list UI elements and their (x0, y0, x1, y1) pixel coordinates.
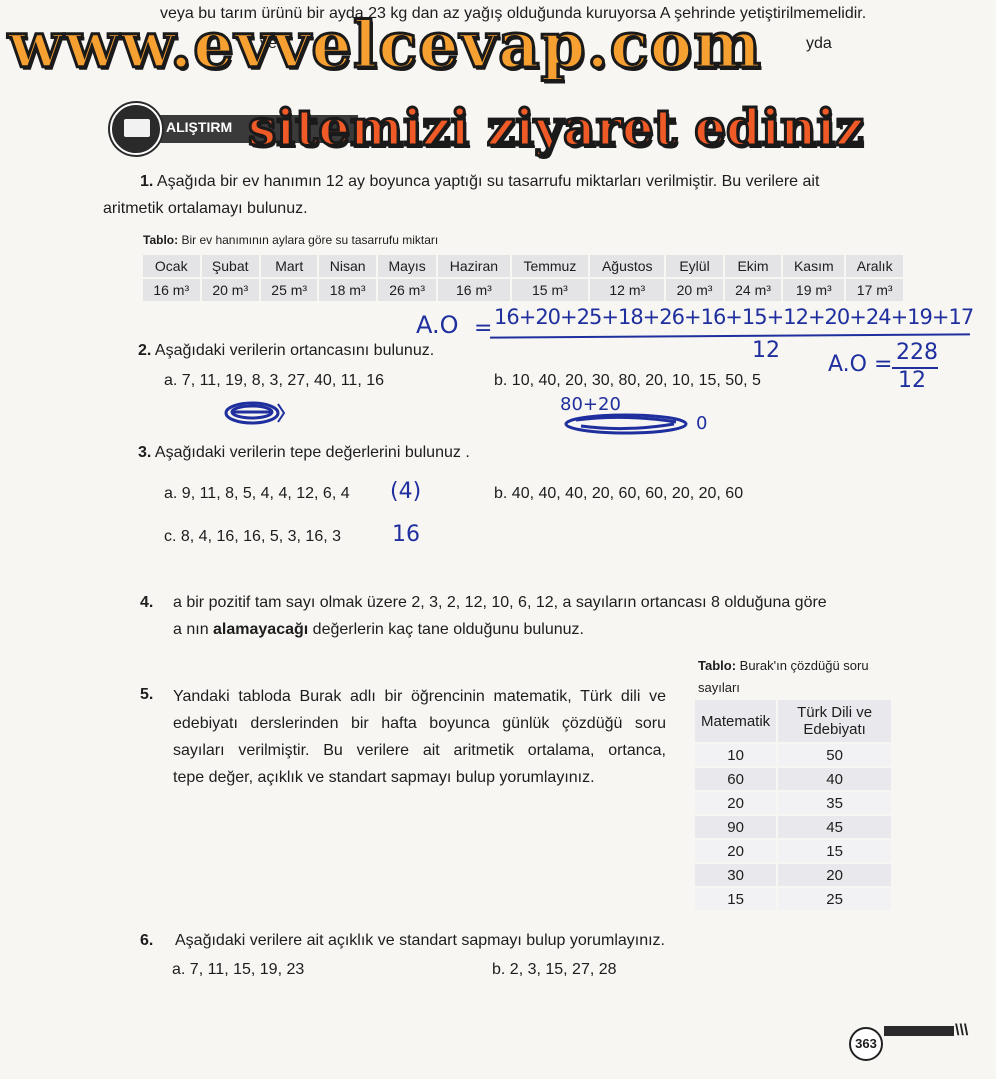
question-2: 2. Aşağıdaki verilerin ortancasını bulun… (138, 341, 434, 361)
math-count: 10 (695, 744, 776, 766)
question-4: 4. (140, 593, 153, 613)
month-header: Haziran (438, 255, 509, 277)
question-line: edebiyatı derslerinden bir hafta boyunca… (173, 710, 666, 737)
question-text: Aşağıdaki verilerin tepe değerlerini bul… (155, 444, 470, 461)
scribble-mark (220, 396, 290, 430)
banner-label: ALIŞTIRM (166, 119, 232, 135)
question-number: 1. (140, 173, 153, 190)
column-header: Matematik (695, 700, 776, 742)
question-line: tepe değer, açıklık ve standart sapmayı … (173, 764, 666, 791)
month-value: 25 m³ (261, 279, 318, 301)
month-value: 18 m³ (319, 279, 376, 301)
option-c: c. 8, 4, 16, 16, 5, 3, 16, 3 (164, 527, 341, 547)
caption-text: Burak'ın çözdüğü soru (736, 658, 869, 673)
handwriting-answer-c: 16 (392, 522, 420, 547)
option-a: a. 7, 11, 19, 8, 3, 27, 40, 11, 16 (164, 371, 384, 391)
table-row: 3020 (695, 864, 891, 886)
question-1: 1. Aşağıda bir ev hanımın 12 ay boyunca … (140, 172, 819, 192)
handwriting-result-label: A.O = (828, 352, 892, 377)
table-row: 9045 (695, 816, 891, 838)
handwriting-numerator: 16+20+25+18+26+16+15+12+20+24+19+17 (494, 305, 973, 329)
month-value: 20 m³ (666, 279, 723, 301)
math-count: 90 (695, 816, 776, 838)
math-count: 20 (695, 792, 776, 814)
question-text: Aşağıda bir ev hanımın 12 ay boyunca yap… (157, 173, 820, 190)
literature-count: 20 (778, 864, 891, 886)
month-header: Temmuz (512, 255, 589, 277)
month-value: 16 m³ (143, 279, 200, 301)
math-count: 15 (695, 888, 776, 910)
scribble-mark (556, 404, 716, 442)
table-row: 2035 (695, 792, 891, 814)
book-icon (124, 119, 150, 137)
math-count: 20 (695, 840, 776, 862)
month-header: Kasım (783, 255, 844, 277)
month-value: 20 m³ (202, 279, 259, 301)
text-part: a nın (173, 621, 213, 638)
table-caption: Tablo: Bir ev hanımının aylara göre su t… (143, 233, 438, 247)
question-number: 2. (138, 342, 151, 359)
question-line: sayıları verilmiştir. Bu verilere ait ar… (173, 737, 666, 764)
question-5-text: Yandaki tabloda Burak adlı bir öğrencini… (173, 683, 666, 791)
caption-label: Tablo: (698, 658, 736, 673)
literature-count: 35 (778, 792, 891, 814)
burak-questions-table: Matematik Türk Dili ve Edebiyatı 1050604… (693, 698, 893, 912)
question-text: Aşağıdaki verilere ait açıklık ve standa… (175, 931, 665, 951)
month-value: 15 m³ (512, 279, 589, 301)
page-number: 363 (849, 1027, 883, 1061)
question-6-number: 6. (140, 931, 153, 951)
handwriting-scribble-tail: 0 (696, 413, 707, 434)
month-value: 17 m³ (846, 279, 903, 301)
month-value: 19 m³ (783, 279, 844, 301)
page-number-slashes: \\\ (955, 1022, 968, 1040)
option-b: b. 10, 40, 20, 30, 80, 20, 10, 15, 50, 5 (494, 371, 761, 391)
month-value: 16 m³ (438, 279, 509, 301)
handwriting-answer-a: (4) (390, 479, 421, 504)
handwriting-result-denominator: 12 (898, 368, 926, 393)
question-3: 3. Aşağıdaki verilerin tepe değerlerini … (138, 443, 470, 463)
question-text: a nın alamayacağı değerlerin kaç tane ol… (173, 620, 584, 640)
watermark-url: www.evvelcevap.com (8, 8, 762, 83)
caption-label: Tablo: (143, 233, 178, 247)
banner-badge (110, 103, 162, 155)
option-a: a. 9, 11, 8, 5, 4, 4, 12, 6, 4 (164, 484, 350, 504)
question-number: 3. (138, 444, 151, 461)
question-line: Yandaki tabloda Burak adlı bir öğrencini… (173, 683, 666, 710)
option-b: b. 2, 3, 15, 27, 28 (492, 960, 617, 980)
month-header: Ağustos (590, 255, 664, 277)
month-header: Mart (261, 255, 318, 277)
question-number: 6. (140, 932, 153, 949)
question-text: Aşağıdaki verilerin ortancasını bulunuz. (155, 342, 434, 359)
month-header: Şubat (202, 255, 259, 277)
question-number: 5. (140, 686, 153, 703)
question-number: 4. (140, 594, 153, 611)
column-header: Türk Dili ve Edebiyatı (778, 700, 891, 742)
handwriting-denominator: 12 (752, 338, 780, 363)
table-row: 2015 (695, 840, 891, 862)
literature-count: 15 (778, 840, 891, 862)
handwriting-ao-label: A.O (416, 311, 459, 339)
option-a: a. 7, 11, 15, 19, 23 (172, 960, 304, 980)
literature-count: 50 (778, 744, 891, 766)
month-header: Ocak (143, 255, 200, 277)
table-row: 1525 (695, 888, 891, 910)
handwriting-fraction-line (490, 333, 970, 338)
month-value: 24 m³ (725, 279, 782, 301)
literature-count: 25 (778, 888, 891, 910)
option-b: b. 40, 40, 40, 20, 60, 60, 20, 20, 60 (494, 484, 743, 504)
watermark-slogan: sitemizi ziyaret ediniz (248, 98, 864, 157)
table-row: 6040 (695, 768, 891, 790)
month-header: Aralık (846, 255, 903, 277)
month-header: Eylül (666, 255, 723, 277)
question-text: a bir pozitif tam sayı olmak üzere 2, 3,… (173, 593, 827, 613)
page-number-bar (884, 1026, 954, 1036)
month-header: Nisan (319, 255, 376, 277)
water-saving-table: OcakŞubatMartNisanMayısHaziranTemmuzAğus… (141, 253, 905, 303)
literature-count: 40 (778, 768, 891, 790)
caption-text: sayıları (698, 680, 740, 695)
math-count: 60 (695, 768, 776, 790)
table-row: 1050 (695, 744, 891, 766)
emphasis-text: alamayacağı (213, 621, 308, 638)
caption-text: Bir ev hanımının aylara göre su tasarruf… (178, 233, 438, 247)
question-text: aritmetik ortalamayı bulunuz. (103, 199, 308, 219)
math-count: 30 (695, 864, 776, 886)
literature-count: 45 (778, 816, 891, 838)
question-5-number: 5. (140, 685, 153, 705)
month-header: Mayıs (378, 255, 436, 277)
month-header: Ekim (725, 255, 782, 277)
month-value: 26 m³ (378, 279, 436, 301)
handwriting-result-numerator: 228 (896, 340, 938, 365)
table-caption: Tablo: Burak'ın çözdüğü soru sayıları (698, 655, 869, 699)
text-part: değerlerin kaç tane olduğunu bulunuz. (308, 621, 584, 638)
top-text-fragment: yda (806, 34, 832, 54)
month-value: 12 m³ (590, 279, 664, 301)
